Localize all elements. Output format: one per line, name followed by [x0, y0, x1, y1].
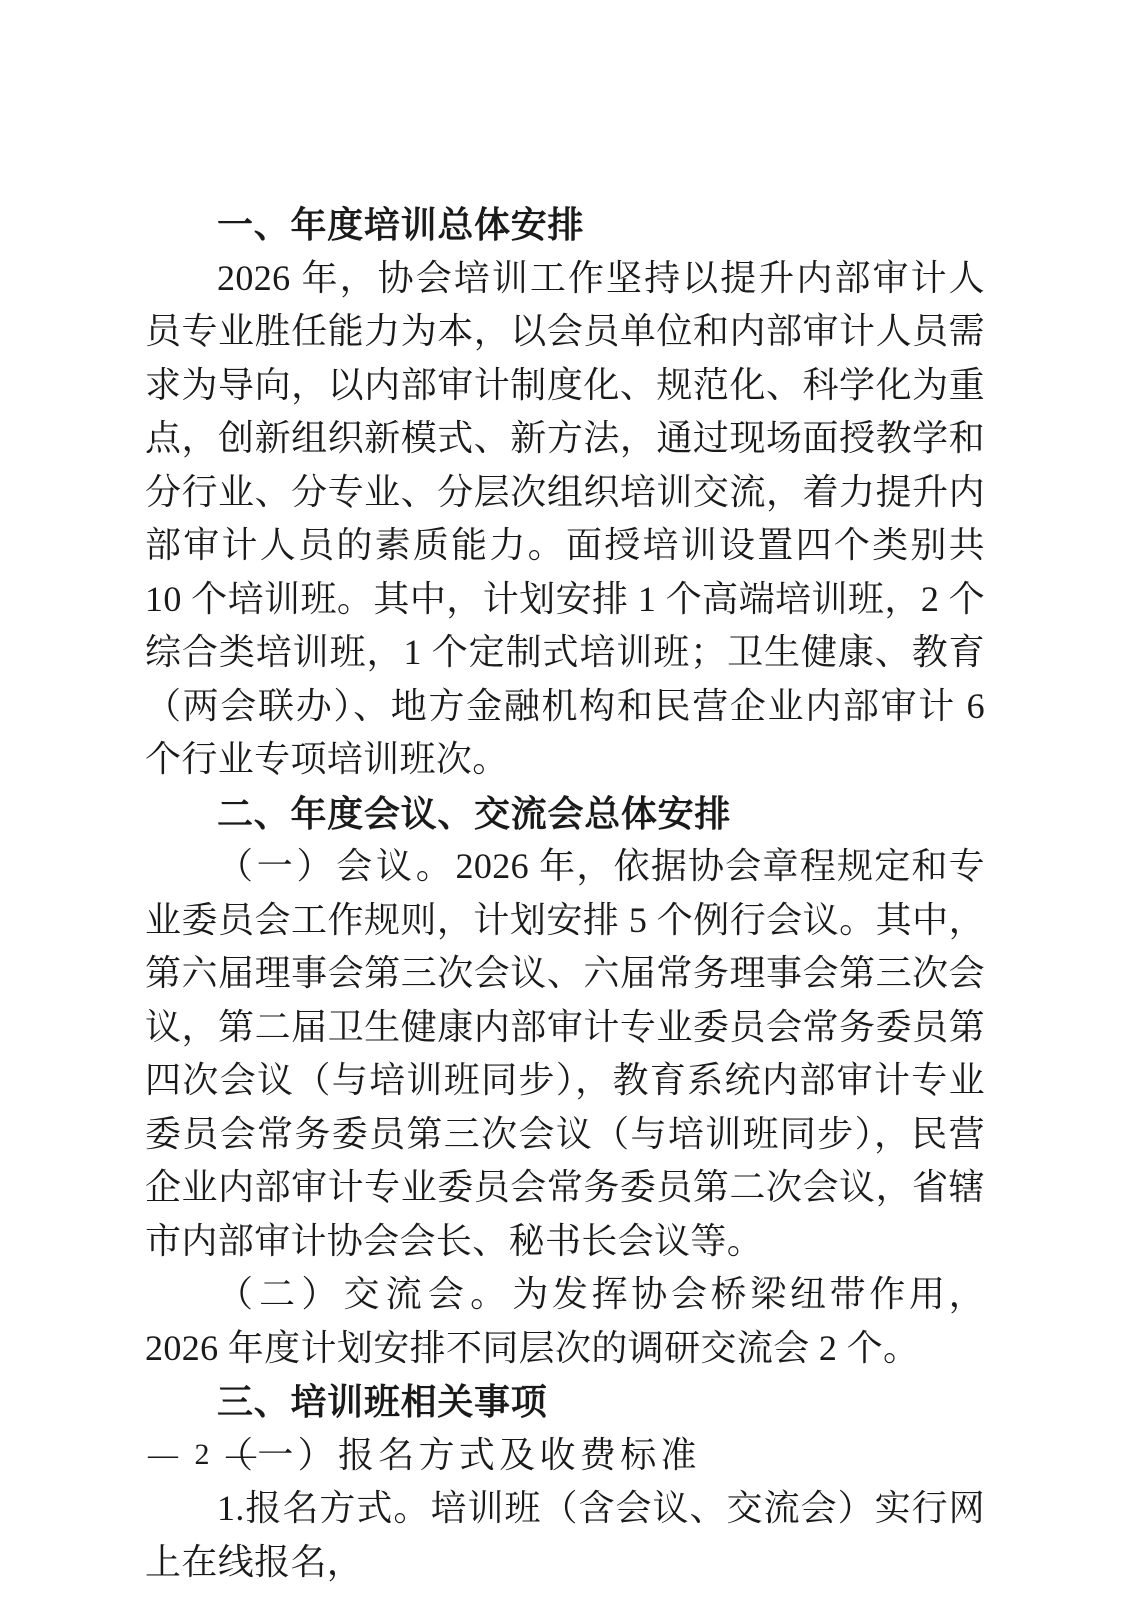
document-body: 一、年度培训总体安排 2026 年，协会培训工作坚持以提升内部审计人员专业胜任能… [145, 198, 985, 1589]
section-training-class-matters: 三、培训班相关事项 （一）报名方式及收费标准 1.报名方式。培训班（含会议、交流… [145, 1375, 985, 1589]
paragraph-text: 1.报名方式。培训班（含会议、交流会）实行网上在线报名， [145, 1488, 985, 1582]
subsection-heading-registration: （一）报名方式及收费标准 [145, 1429, 985, 1483]
section-annual-meetings-plan: 二、年度会议、交流会总体安排 （一）会议。2026 年，依据协会章程规定和专业委… [145, 787, 985, 1376]
section-heading-1: 一、年度培训总体安排 [145, 198, 985, 252]
paragraph: （二）交流会。为发挥协会桥梁纽带作用，2026 年度计划安排不同层次的调研交流会… [145, 1268, 985, 1375]
paragraph-text: 2026 年，依据协会章程规定和专业委员会工作规则，计划安排 5 个例行会议。其… [145, 846, 985, 1261]
document-page: 一、年度培训总体安排 2026 年，协会培训工作坚持以提升内部审计人员专业胜任能… [0, 0, 1131, 1600]
page-number: — 2 — [148, 1437, 261, 1473]
paragraph: （一）会议。2026 年，依据协会章程规定和专业委员会工作规则，计划安排 5 个… [145, 840, 985, 1268]
paragraph-lead: （一）会议。 [217, 846, 455, 886]
section-annual-training-plan: 一、年度培训总体安排 2026 年，协会培训工作坚持以提升内部审计人员专业胜任能… [145, 198, 985, 787]
section-heading-3: 三、培训班相关事项 [145, 1375, 985, 1429]
paragraph: 1.报名方式。培训班（含会议、交流会）实行网上在线报名， [145, 1482, 985, 1589]
paragraph: 2026 年，协会培训工作坚持以提升内部审计人员专业胜任能力为本，以会员单位和内… [145, 252, 985, 787]
paragraph-text: 2026 年，协会培训工作坚持以提升内部审计人员专业胜任能力为本，以会员单位和内… [145, 258, 985, 780]
paragraph-lead: （二）交流会。 [217, 1274, 512, 1314]
section-heading-2: 二、年度会议、交流会总体安排 [145, 787, 985, 841]
